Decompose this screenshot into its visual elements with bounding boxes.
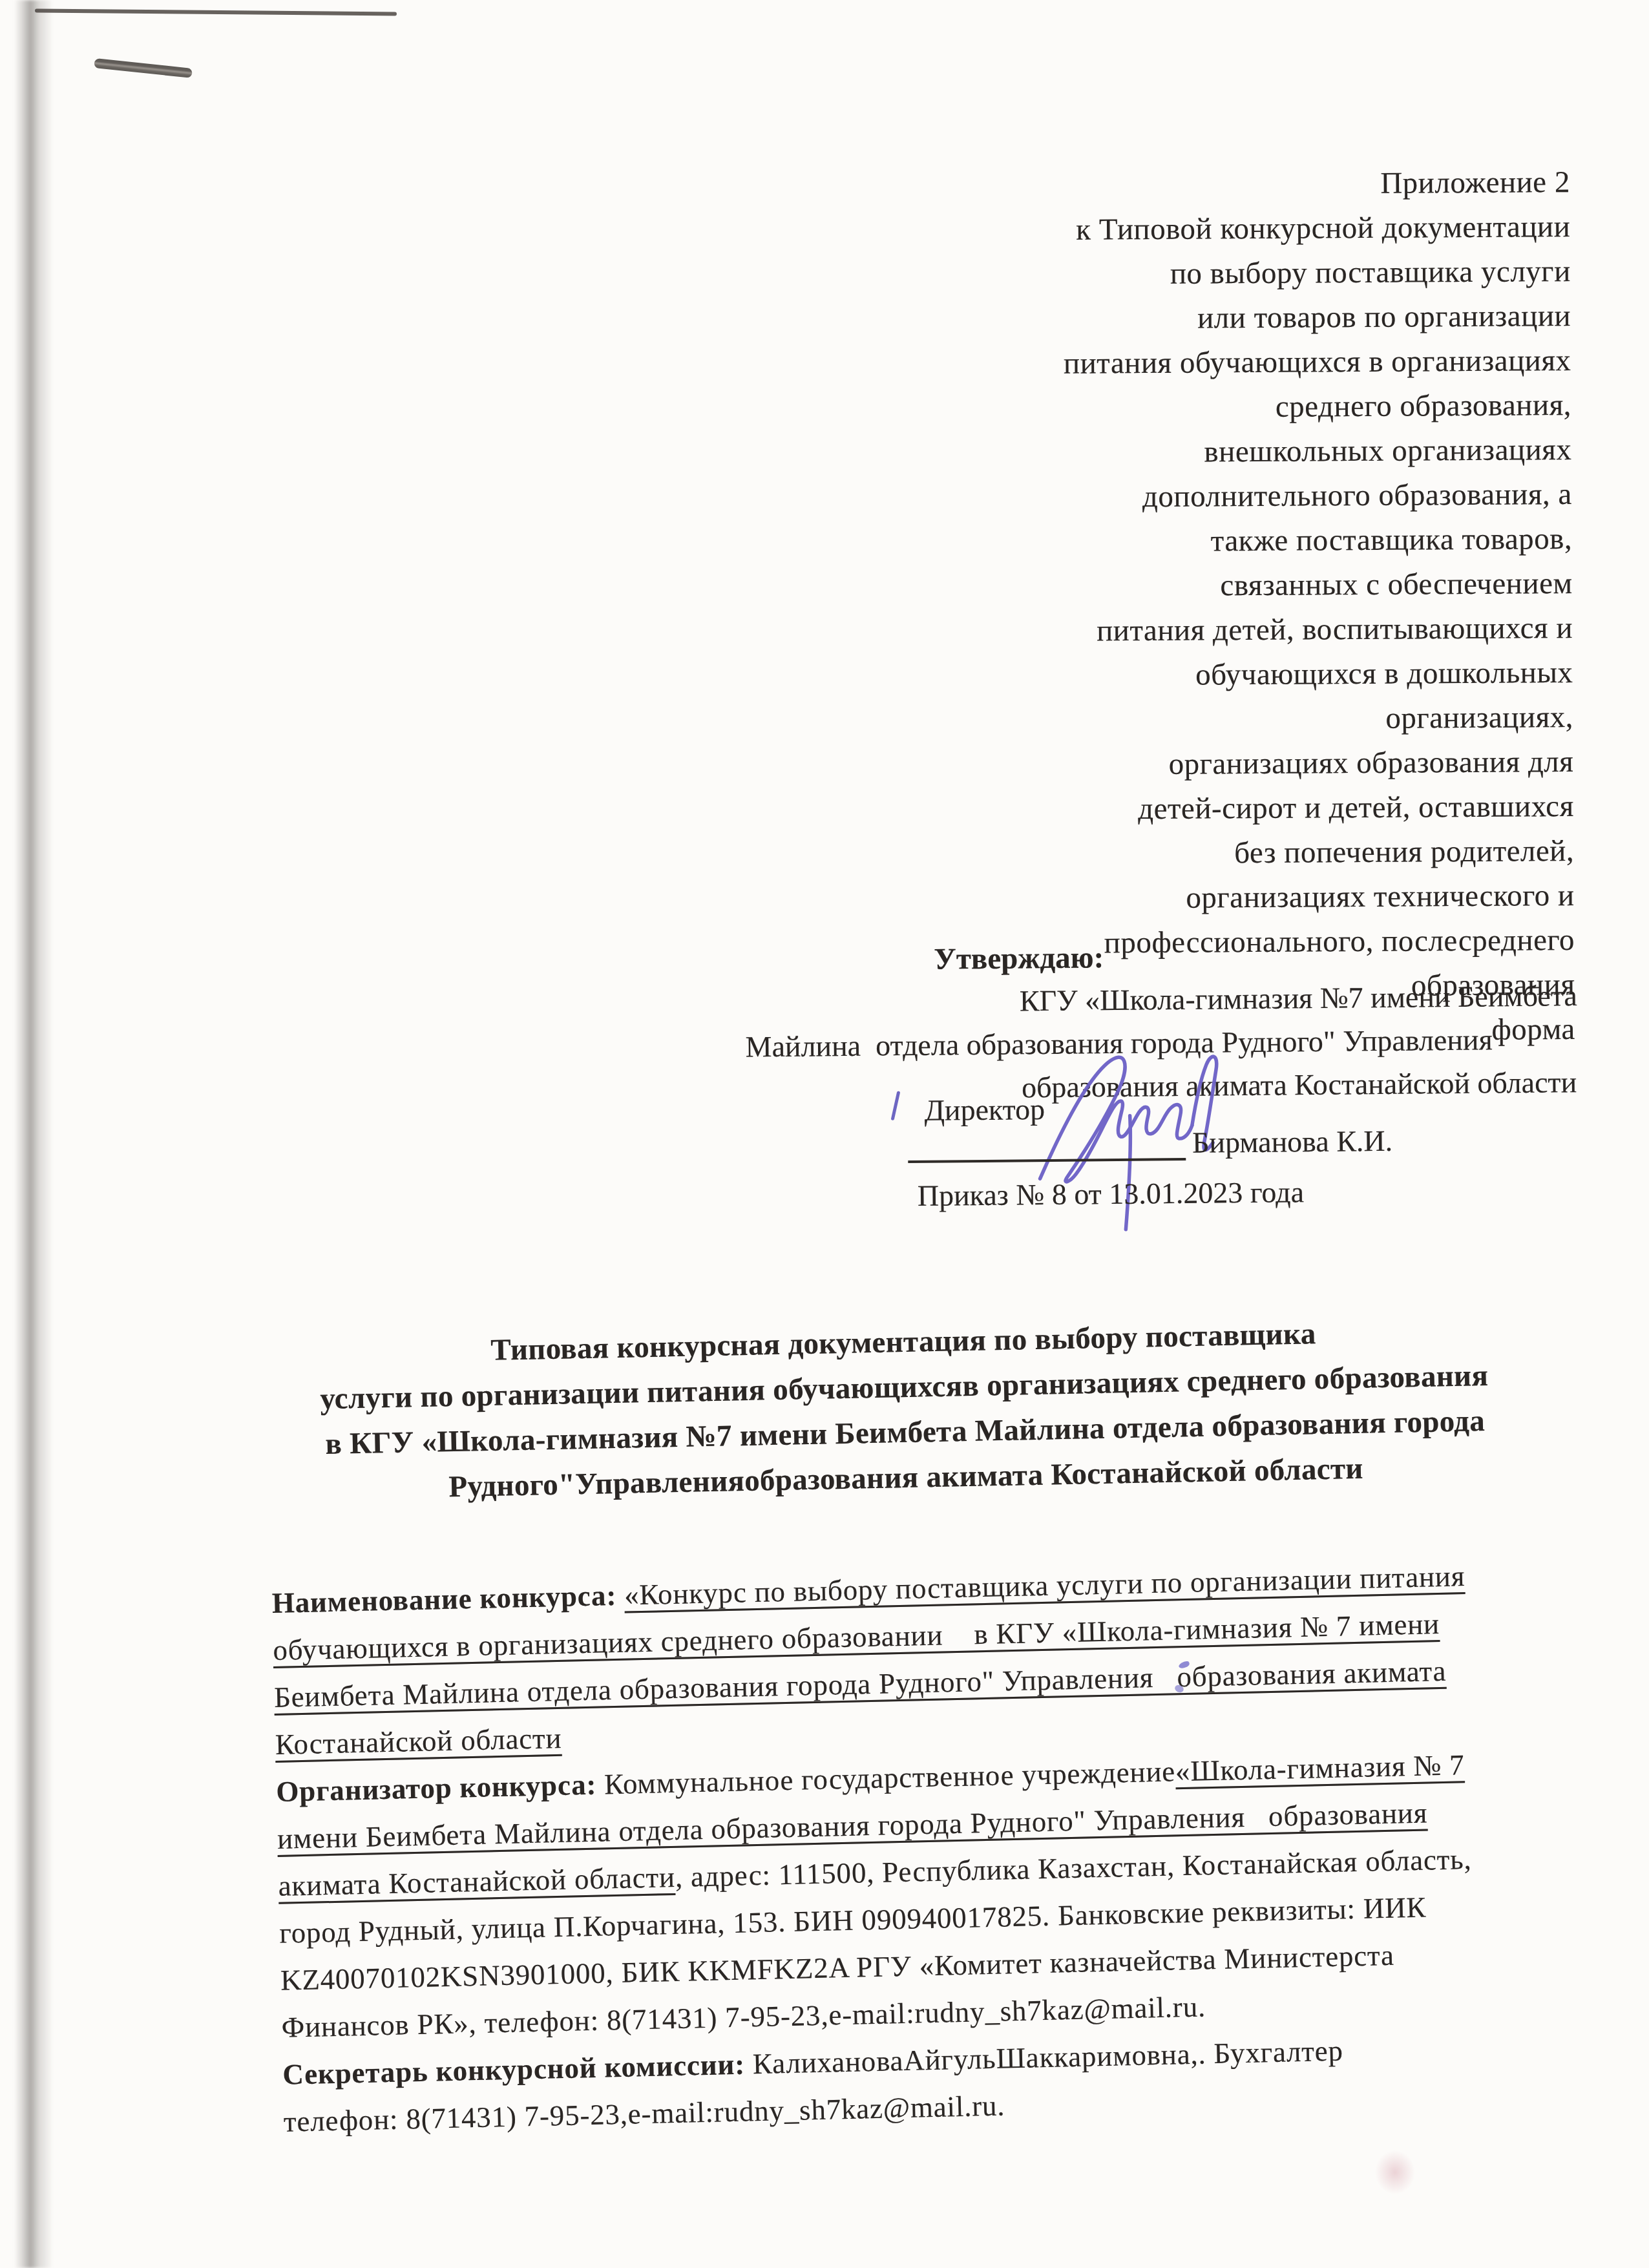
annex-line: организациях технического и bbox=[1067, 874, 1575, 921]
document-title: Типовая конкурсная документация по выбор… bbox=[257, 1307, 1552, 1513]
annex-line: также поставщика товаров, bbox=[1065, 517, 1573, 565]
annex-line: питания обучающихся в организациях bbox=[1064, 339, 1571, 386]
organizer-value: акимата Костанайской области bbox=[278, 1861, 675, 1902]
annex-header-block: Приложение 2 к Типовой конкурсной докуме… bbox=[1062, 160, 1575, 1055]
secretary-contact: телефон: 8(71431) 7-95-23,e-mail:rudny_s… bbox=[283, 2089, 1005, 2137]
annex-line: связанных с обеспечением bbox=[1065, 562, 1573, 609]
annex-line: питания детей, воспитывающихся и bbox=[1066, 606, 1573, 654]
annex-line: без попечения родителей, bbox=[1067, 829, 1575, 877]
order-line: Приказ № 8 от 13.01.2023 года bbox=[918, 1175, 1305, 1213]
annex-line: внешкольных организациях bbox=[1064, 428, 1572, 476]
annex-line: или товаров по организации bbox=[1064, 294, 1571, 342]
annex-line: дополнительного образования, а bbox=[1064, 472, 1572, 520]
pen-tick-icon bbox=[891, 1091, 901, 1120]
scanned-document-page: Приложение 2 к Типовой конкурсной докуме… bbox=[0, 0, 1649, 2268]
annex-line: Приложение 2 bbox=[1062, 160, 1570, 208]
competition-name-value: Костанайской области bbox=[275, 1722, 562, 1761]
organizer-value: Коммунальное государственное учреждение bbox=[604, 1755, 1176, 1800]
approval-block: Утверждаю: КГУ «Школа-гимназия №7 имени … bbox=[711, 932, 1580, 1257]
annex-line: среднего образования, bbox=[1064, 383, 1571, 431]
scan-pink-smudge bbox=[1375, 2150, 1415, 2194]
secretary-label: Секретарь конкурсной комиссии: bbox=[282, 2048, 753, 2090]
annex-line: к Типовой конкурсной документации bbox=[1063, 205, 1571, 253]
scan-edge-shadow bbox=[14, 0, 53, 2268]
annex-line: организациях, bbox=[1066, 695, 1573, 743]
annex-line: по выбору поставщика услуги bbox=[1063, 249, 1571, 297]
scan-top-edge-line bbox=[35, 9, 397, 16]
details-block: Наименование конкурса: «Конкурс по выбор… bbox=[271, 1551, 1570, 2146]
organizer-label: Организатор конкурса: bbox=[276, 1768, 605, 1808]
annex-line: обучающихся в дошкольных bbox=[1066, 651, 1573, 698]
annex-line: детей-сирот и детей, оставшихся bbox=[1066, 784, 1574, 832]
organizer-value: «Школа-гимназия № 7 bbox=[1175, 1748, 1465, 1787]
competition-name-label: Наименование конкурса: bbox=[271, 1579, 624, 1619]
annex-line: организациях образования для bbox=[1066, 740, 1574, 788]
secretary-value: КалихановаАйгульШаккаримовна,. Бухгалтер bbox=[752, 2035, 1343, 2081]
approval-org-line: КГУ «Школа-гимназия №7 имени Беимбета bbox=[1020, 978, 1578, 1018]
scan-marker-artifact bbox=[94, 58, 193, 78]
approval-title: Утверждаю: bbox=[934, 940, 1104, 977]
signer-name: Бирманова К.И. bbox=[1192, 1124, 1393, 1160]
